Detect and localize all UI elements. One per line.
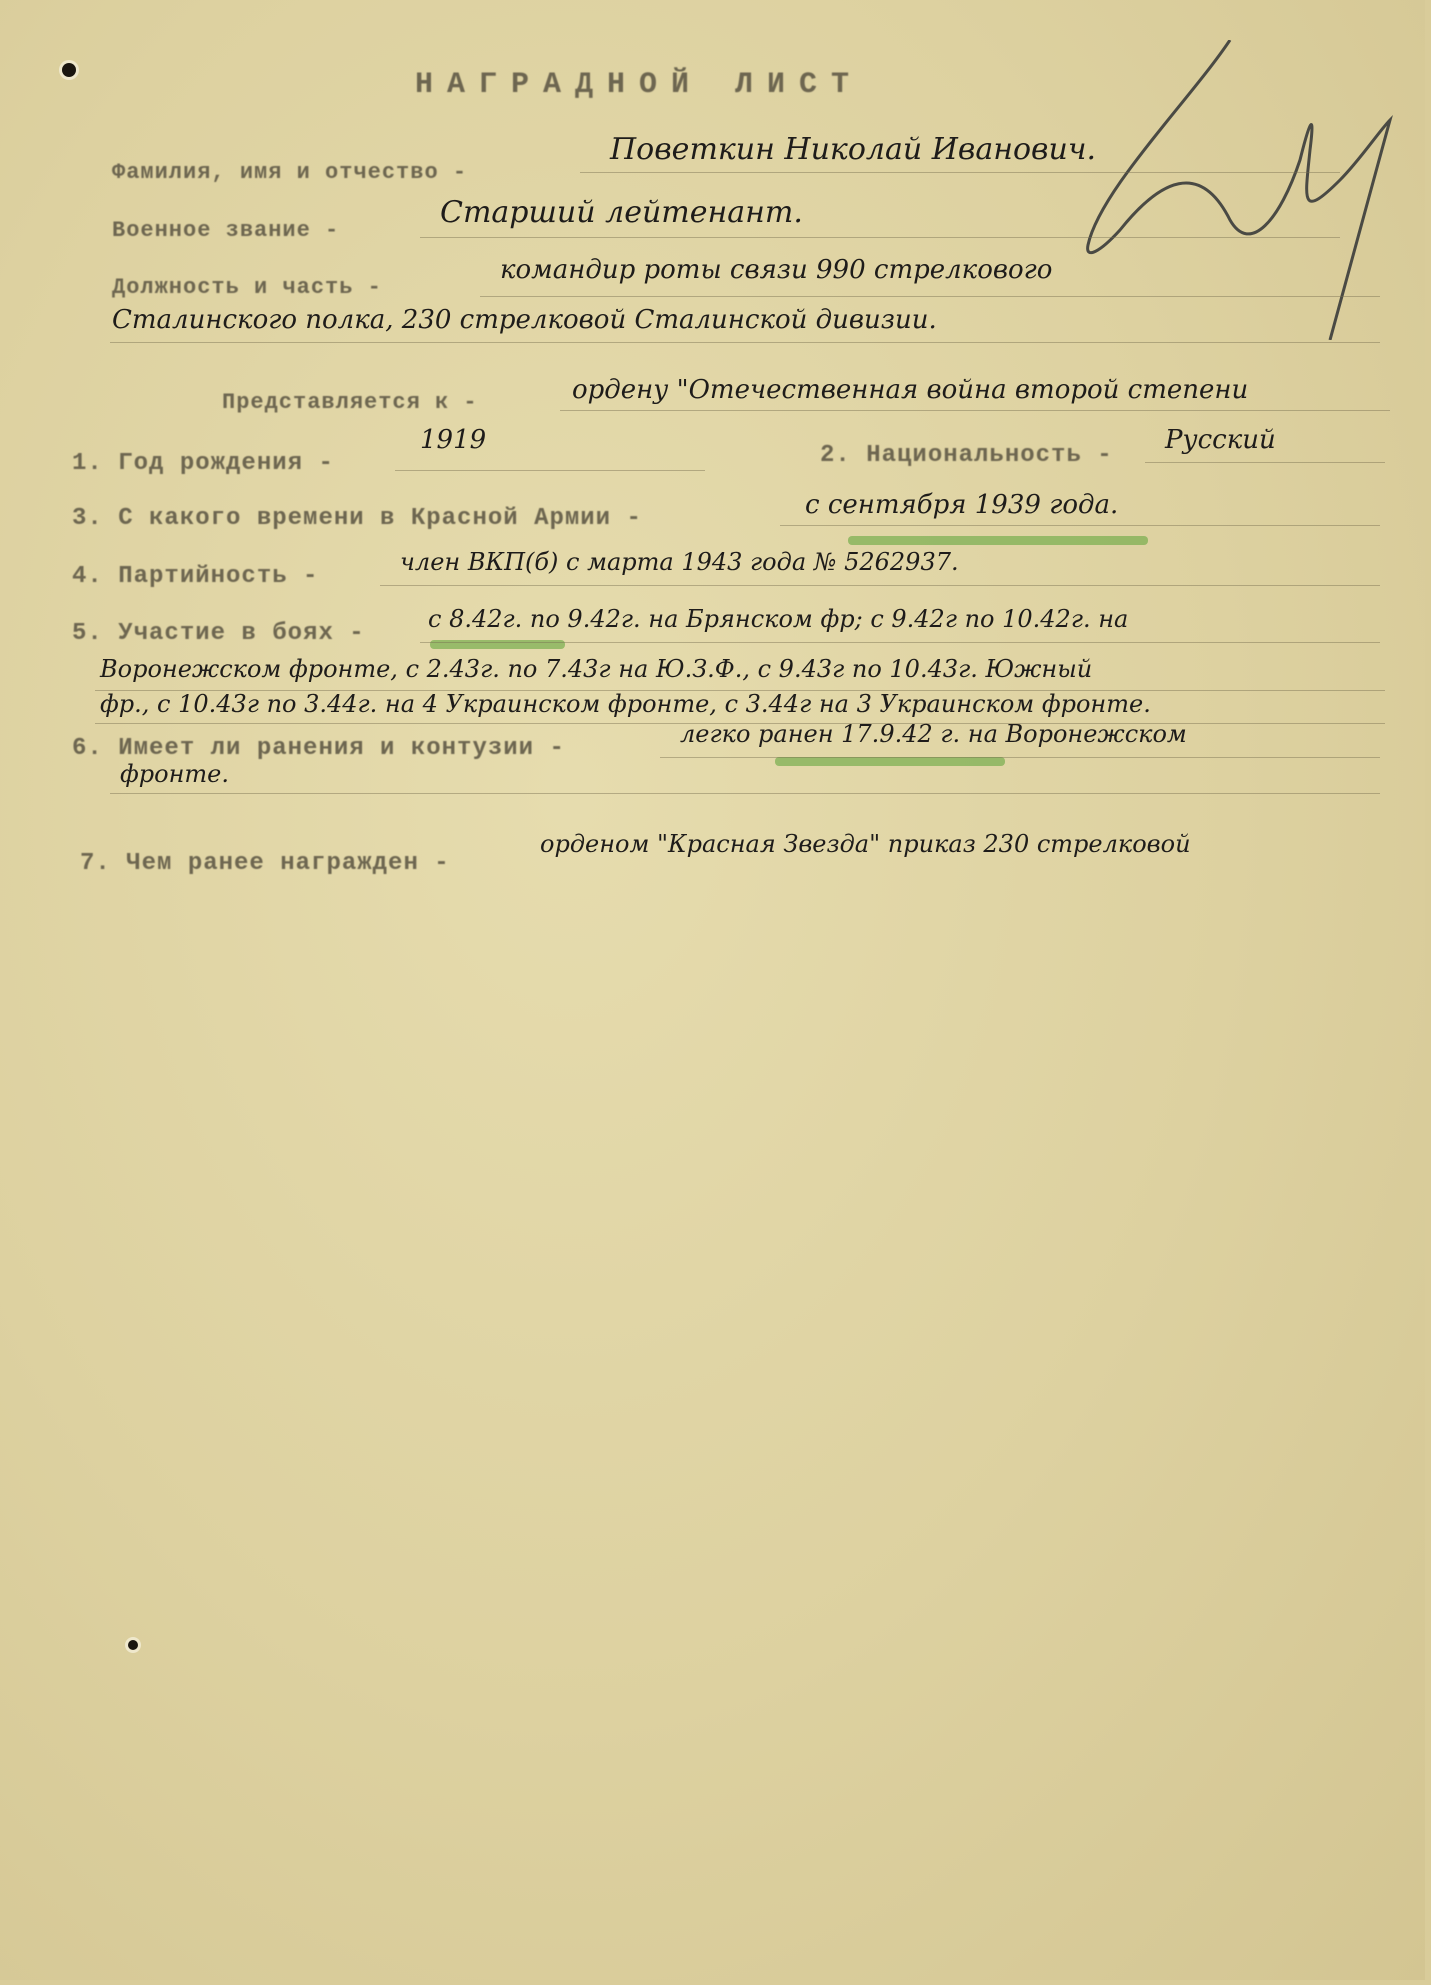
item5-value-line3: фр., с 10.43г по 3.44г. на 4 Украинском … [100,690,1151,718]
nominated-value: ордену "Отечественная война второй степе… [572,375,1248,405]
rank-value: Старший лейтенант. [440,195,803,230]
item6-value-line2: фронте. [120,760,229,788]
position-value-line1: командир роты связи 990 стрелкового [500,255,1052,285]
underline [1145,462,1385,463]
document-title: НАГРАДНОЙ ЛИСТ [415,68,863,102]
item1-label: 1. Год рождения - [72,450,334,477]
item4-value: член ВКП(б) с марта 1943 года № 5262937. [400,548,959,576]
item6-label: 6. Имеет ли ранения и контузии - [72,735,565,762]
underline [660,757,1380,758]
underline [110,793,1380,794]
underline [395,470,705,471]
underline [580,172,1340,173]
underline [380,585,1380,586]
item3-value: с сентября 1939 года. [805,490,1118,520]
rank-label: Военное звание - [112,218,339,243]
item2-value: Русский [1165,425,1276,455]
punch-hole [62,63,76,77]
underline [110,342,1380,343]
document-page: НАГРАДНОЙ ЛИСТ Фамилия, имя и отчество -… [0,0,1425,1980]
item1-value: 1919 [420,425,486,455]
item7-value-line1: орденом "Красная Звезда" приказ 230 стре… [540,830,1191,858]
underline [420,642,1380,643]
highlight-mark [848,536,1148,545]
highlight-mark [775,757,1005,766]
item5-value-line2: Воронежском фронте, с 2.43г. по 7.43г на… [100,655,1092,683]
item4-label: 4. Партийность - [72,563,318,590]
underline [420,237,1340,238]
underline [780,525,1380,526]
fio-label: Фамилия, имя и отчество - [112,160,467,185]
underline [560,410,1390,411]
pencil-mark-icon [1040,40,1420,340]
underline [480,296,1380,297]
punch-hole [128,1640,138,1650]
nominated-label: Представляется к - [222,390,478,415]
position-value-line2: Сталинского полка, 230 стрелковой Сталин… [112,305,937,335]
item7-label: 7. Чем ранее награжден - [80,850,450,877]
item5-value-line1: с 8.42г. по 9.42г. на Брянском фр; с 9.4… [428,605,1128,633]
fio-value: Поветкин Николай Иванович. [610,132,1096,167]
item5-label: 5. Участие в боях - [72,620,365,647]
item2-label: 2. Национальность - [820,442,1113,469]
position-label: Должность и часть - [112,275,382,300]
item3-label: 3. С какого времени в Красной Армии - [72,505,642,532]
item6-value-line1: легко ранен 17.9.42 г. на Воронежском [680,720,1187,748]
